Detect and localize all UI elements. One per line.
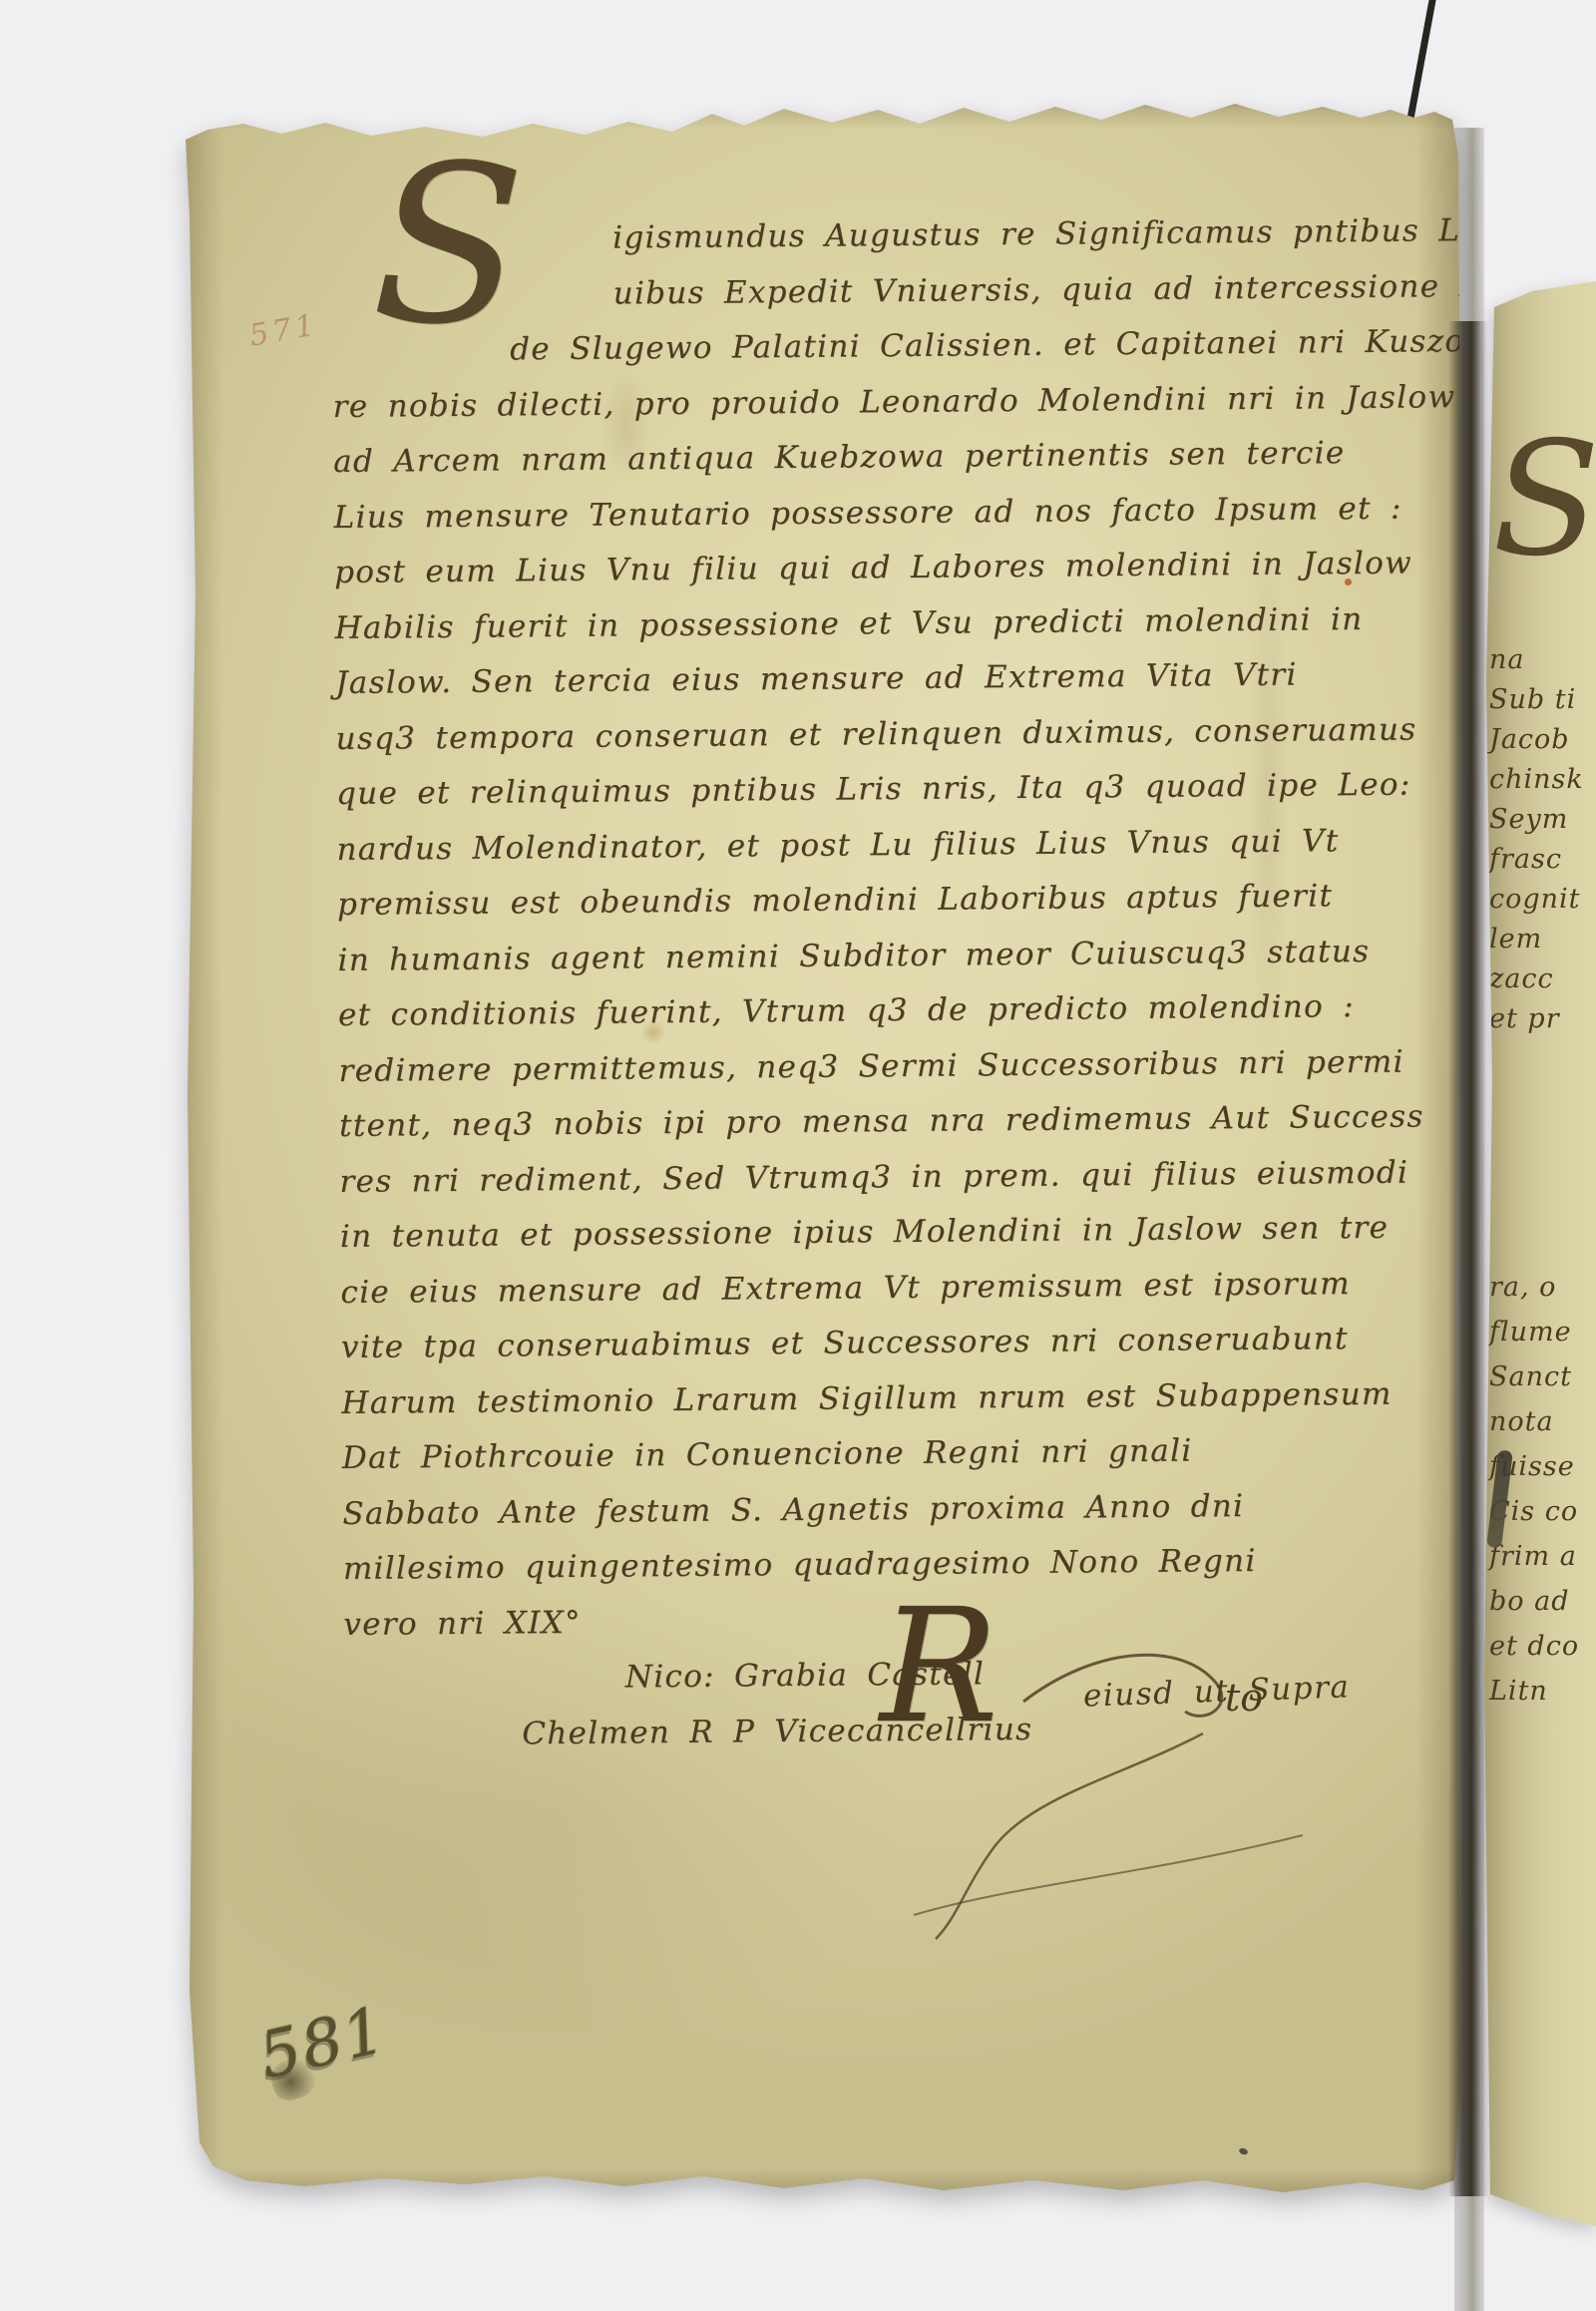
facing-page-fragment: ra, o (1489, 1265, 1579, 1310)
facing-page-fragment: frasc (1489, 840, 1584, 880)
facing-fragments-upper: naSub tiJacobchinskSeymfrasccognitlemzac… (1489, 640, 1584, 1039)
scanned-manuscript-view: { "page": { "margin_number_top": "571", … (0, 0, 1596, 2311)
facing-page-fragment: Litn (1489, 1669, 1579, 1714)
facing-page-fragment: Jacob (1489, 720, 1584, 760)
facing-page-edge: S naSub tiJacobchinskSeymfrasccognitlemz… (1484, 281, 1596, 2226)
facing-page-initial: S (1492, 421, 1596, 578)
facing-page-fragment: bo ad (1489, 1579, 1579, 1624)
facing-page-fragment: chinsk (1489, 760, 1584, 800)
facing-page-fragment: na (1489, 640, 1584, 680)
facing-page-fragment: frim a (1489, 1534, 1579, 1579)
facing-page-fragment: Seym (1489, 800, 1584, 840)
facing-page-fragment: zacc (1489, 960, 1584, 999)
facing-page-fragment: lem (1489, 920, 1584, 960)
facing-page-fragment: flume (1489, 1310, 1579, 1354)
facing-page-fragment: et pr (1489, 999, 1584, 1039)
facing-page-fragment: cognit (1489, 880, 1584, 920)
facing-page-fragment: Sub ti (1489, 680, 1584, 720)
facing-page-wrap: S naSub tiJacobchinskSeymfrasccognitlemz… (0, 0, 1596, 2311)
facing-page-fragment: Sanct (1489, 1354, 1579, 1399)
facing-page-fragment: et dco (1489, 1624, 1579, 1669)
facing-page-fragment: nota (1489, 1399, 1579, 1444)
